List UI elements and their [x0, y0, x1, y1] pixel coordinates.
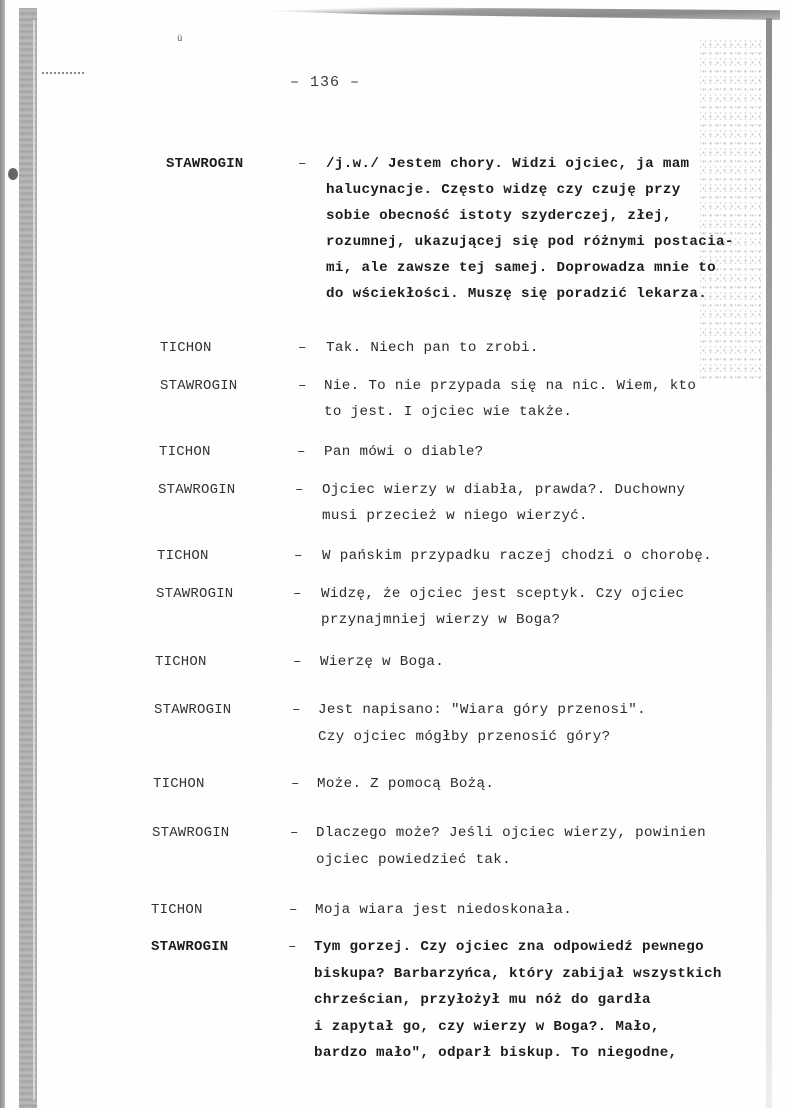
speaker-name: STAWROGIN [166, 156, 243, 172]
speaker-name: TICHON [151, 902, 203, 918]
dialogue-line: i zapytał go, czy wierzy w Boga?. Mało, [314, 1019, 660, 1035]
dialogue-dash: – [289, 902, 297, 918]
dialogue-dash: – [295, 482, 303, 498]
dialogue-line: Tym gorzej. Czy ojciec zna odpowiedź pew… [314, 939, 704, 955]
dialogue-line: Ojciec wierzy w diabła, prawda?. Duchown… [322, 482, 685, 498]
dialogue-line: chrześcian, przyłożył mu nóż do gardła [314, 992, 651, 1008]
scan-edge-left [0, 0, 5, 1108]
dialogue-dash: – [298, 378, 306, 394]
dialogue-line: Wierzę w Boga. [320, 654, 444, 670]
document-page: ü – 136 – STAWROGIN–/j.w./ Jestem chory.… [0, 0, 785, 1108]
scan-edge-right [766, 18, 772, 1108]
dialogue-line: Moja wiara jest niedoskonała. [315, 902, 572, 918]
dialogue-dash: – [298, 340, 306, 356]
dialogue-dash: – [290, 825, 298, 841]
dialogue-line: to jest. I ojciec wie także. [324, 404, 572, 420]
speaker-name: TICHON [160, 340, 212, 356]
dialogue-dash: – [292, 702, 300, 718]
speaker-name: TICHON [155, 654, 207, 670]
dialogue-dash: – [293, 586, 301, 602]
corner-mark: ü [177, 34, 182, 44]
dialogue-line: Widzę, że ojciec jest sceptyk. Czy ojcie… [321, 586, 684, 602]
dialogue-line: ojciec powiedzieć tak. [316, 852, 511, 868]
dialogue-dash: – [288, 939, 296, 955]
dialogue-line: rozumnej, ukazującej się pod różnymi pos… [326, 234, 734, 250]
dialogue-line: sobie obecność istoty szyderczej, złej, [326, 208, 672, 224]
dialogue-line: /j.w./ Jestem chory. Widzi ojciec, ja ma… [326, 156, 689, 172]
speaker-name: STAWROGIN [154, 702, 231, 718]
speaker-name: TICHON [153, 776, 205, 792]
speaker-name: TICHON [159, 444, 211, 460]
page-number: – 136 – [290, 74, 360, 91]
dialogue-dash: – [294, 548, 302, 564]
speaker-name: STAWROGIN [151, 939, 228, 955]
speaker-name: STAWROGIN [160, 378, 237, 394]
binding-line [33, 20, 35, 1100]
dialogue-dash: – [293, 654, 301, 670]
speaker-name: STAWROGIN [156, 586, 233, 602]
dialogue-line: Może. Z pomocą Bożą. [317, 776, 494, 792]
speaker-name: TICHON [157, 548, 209, 564]
scan-noise [700, 40, 762, 380]
binding-hole-mark [8, 168, 18, 180]
dialogue-line: Tak. Niech pan to zrobi. [326, 340, 539, 356]
dialogue-dash: – [291, 776, 299, 792]
dialogue-line: mi, ale zawsze tej samej. Doprowadza mni… [326, 260, 716, 276]
dialogue-line: Dlaczego może? Jeśli ojciec wierzy, powi… [316, 825, 706, 841]
dialogue-line: Jest napisano: "Wiara góry przenosi". [318, 702, 646, 718]
dialogue-line: bardzo mało", odparł biskup. To niegodne… [314, 1045, 677, 1061]
dialogue-line: Pan mówi o diable? [324, 444, 484, 460]
scan-edge-top [200, 6, 780, 20]
dialogue-line: W pańskim przypadku raczej chodzi o chor… [322, 548, 712, 564]
speaker-name: STAWROGIN [152, 825, 229, 841]
dialogue-line: Nie. To nie przypada się na nic. Wiem, k… [324, 378, 696, 394]
dialogue-line: biskupa? Barbarzyńca, który zabijał wszy… [314, 966, 722, 982]
dialogue-line: Czy ojciec mógłby przenosić góry? [318, 729, 611, 745]
margin-mark [42, 72, 86, 74]
dialogue-line: halucynacje. Często widzę czy czuję przy [326, 182, 681, 198]
dialogue-line: do wściekłości. Muszę się poradzić lekar… [326, 286, 707, 302]
dialogue-line: przynajmniej wierzy w Boga? [321, 612, 560, 628]
dialogue-line: musi przecież w niego wierzyć. [322, 508, 588, 524]
dialogue-dash: – [297, 444, 305, 460]
speaker-name: STAWROGIN [158, 482, 235, 498]
dialogue-dash: – [298, 156, 306, 172]
